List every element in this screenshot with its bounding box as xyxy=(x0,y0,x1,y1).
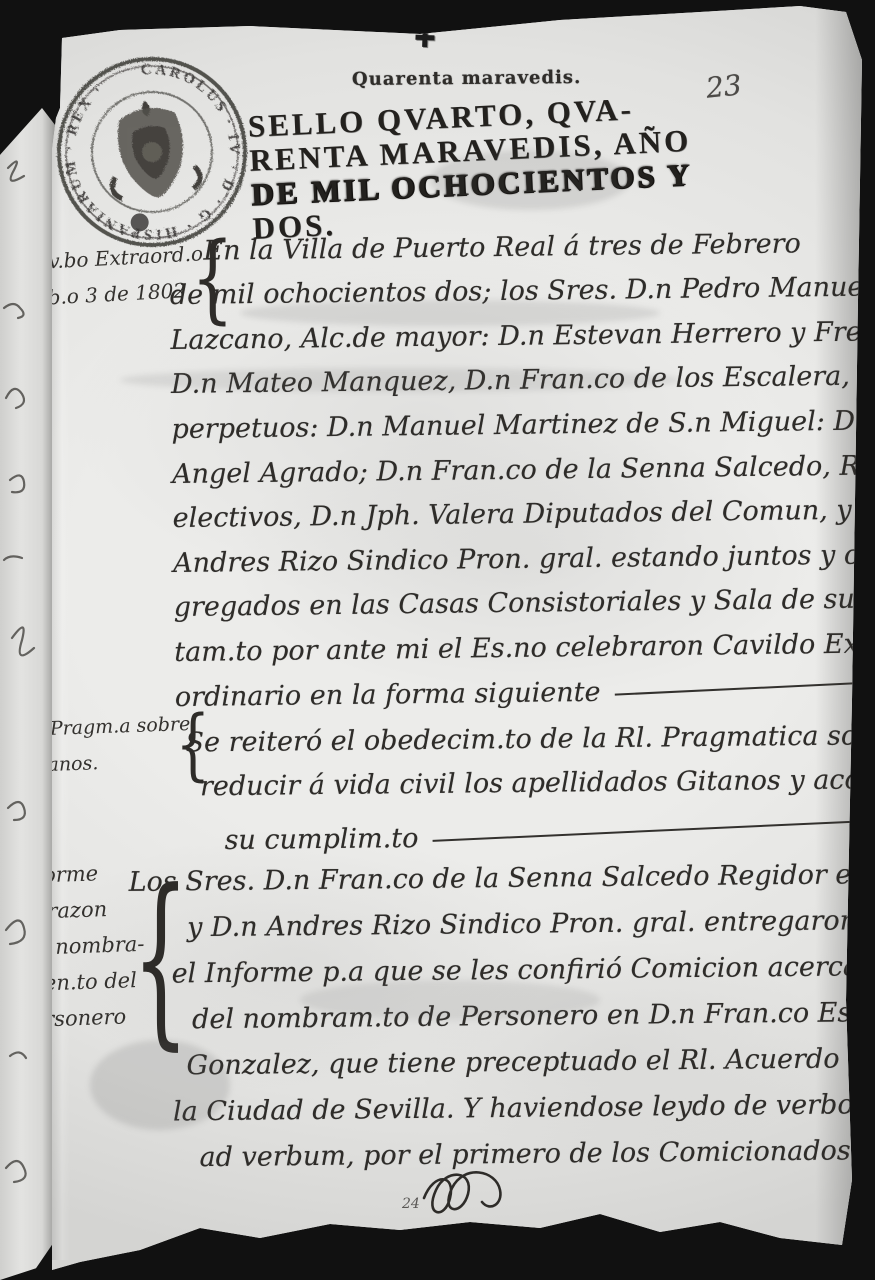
body-line: gregados en las Casas Consistoriales y S… xyxy=(173,571,833,624)
body-line: la Ciudad de Sevilla. Y haviendose leydo… xyxy=(173,1075,833,1128)
closing-rule xyxy=(432,821,862,843)
bleedthrough-smudge xyxy=(120,368,680,392)
stamp-offset-smudge xyxy=(430,150,630,210)
notarial-cross-icon: ✚ xyxy=(413,24,436,55)
bleedthrough-smudge xyxy=(240,300,660,326)
document-page: ✚ Quarenta maravedis. 23 CAROLUS · IV · … xyxy=(0,0,875,1280)
body-line: reducir á vida civil los apellidados Git… xyxy=(200,751,846,802)
body-line: y D.n Andres Rizo Sindico Pron. gral. en… xyxy=(187,891,831,944)
fee-stamp-label: Quarenta maravedis. xyxy=(352,67,581,90)
body-paragraph-session: En la Villa de Puerto Real á tres de Feb… xyxy=(169,214,835,713)
body-line: Gonzalez, que tiene preceptuado el Rl. A… xyxy=(186,1029,832,1082)
folio-number: 23 xyxy=(704,68,743,105)
closing-rule xyxy=(614,682,854,695)
bottom-page-number: 24 xyxy=(402,1196,420,1212)
body-line: ordinario en la forma siguiente xyxy=(174,660,834,713)
ink-ghost-smudge xyxy=(90,1040,230,1130)
body-line: Andres Rizo Sindico Pron. gral. estando … xyxy=(173,526,833,579)
bleedthrough-smudge xyxy=(300,980,600,1020)
previous-page-edge xyxy=(0,108,60,1280)
body-line: Se reiteró el obedecim.to de la Rl. Prag… xyxy=(185,707,845,759)
rubric-flourish xyxy=(418,1158,548,1222)
body-line: Los Sres. D.n Fran.co de la Senna Salced… xyxy=(128,845,830,898)
previous-page-writing-fragments xyxy=(0,108,60,1280)
manuscript-photo: ✚ Quarenta maravedis. 23 CAROLUS · IV · … xyxy=(0,0,875,1280)
body-line: perpetuos: D.n Manuel Martinez de S.n Mi… xyxy=(171,392,831,445)
body-line: Angel Agrado; D.n Fran.co de la Senna Sa… xyxy=(172,437,832,490)
body-paragraph-pragmatica: Se reiteró el obedecim.to de la Rl. Prag… xyxy=(185,707,846,857)
body-line: tam.to por ante mi el Es.no celebraron C… xyxy=(174,615,834,668)
body-line: electivos, D.n Jph. Valera Diputados del… xyxy=(172,482,832,535)
body-line: En la Villa de Puerto Real á tres de Feb… xyxy=(203,214,829,266)
